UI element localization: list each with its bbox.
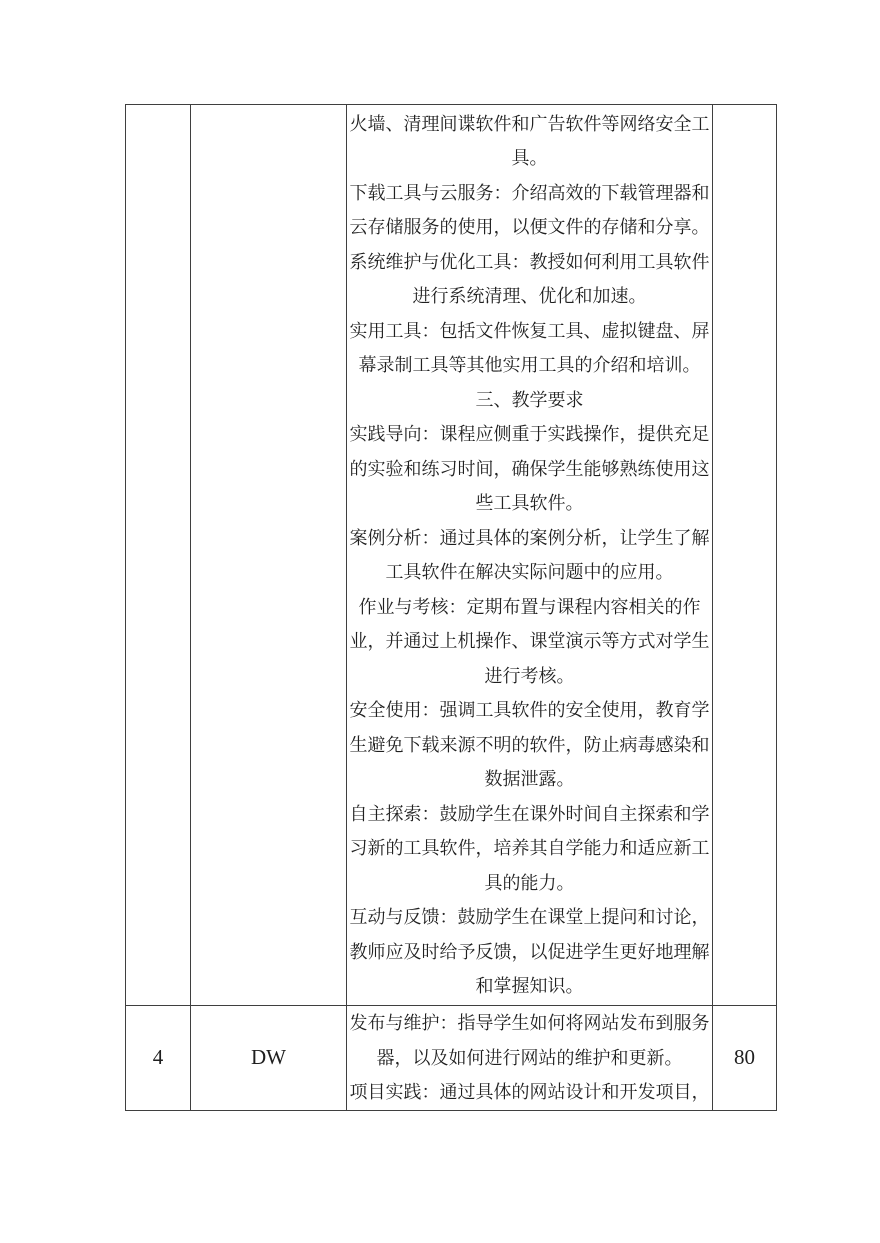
text-line: 器，以及如何进行网站的维护和更新。 (347, 1041, 712, 1076)
text-line: 具。 (347, 141, 712, 176)
text-line: 的实验和练习时间，确保学生能够熟练使用这 (347, 452, 712, 487)
document-page: 火墙、清理间谍软件和广告软件等网络安全工具。下载工具与云服务：介绍高效的下载管理… (0, 0, 880, 1243)
table-row-continuation: 火墙、清理间谍软件和广告软件等网络安全工具。下载工具与云服务：介绍高效的下载管理… (126, 105, 777, 1006)
text-line: 进行考核。 (347, 659, 712, 694)
text-line: 些工具软件。 (347, 486, 712, 521)
index-cell (126, 105, 191, 1006)
text-line: 幕录制工具等其他实用工具的介绍和培训。 (347, 348, 712, 383)
text-line: 教师应及时给予反馈，以促进学生更好地理解 (347, 935, 712, 970)
text-line: 工具软件在解决实际问题中的应用。 (347, 555, 712, 590)
text-line: 三、教学要求 (347, 383, 712, 418)
course-name-cell (191, 105, 347, 1006)
text-line: 作业与考核：定期布置与课程内容相关的作 (347, 590, 712, 625)
text-line: 和掌握知识。 (347, 969, 712, 1004)
table-row-course-4: 4 DW 发布与维护：指导学生如何将网站发布到服务器，以及如何进行网站的维护和更… (126, 1006, 777, 1111)
text-line: 安全使用：强调工具软件的安全使用，教育学 (347, 693, 712, 728)
course-name-cell: DW (191, 1006, 347, 1111)
text-line: 云存储服务的使用，以便文件的存储和分享。 (347, 210, 712, 245)
hours-cell: 80 (713, 1006, 777, 1111)
text-line: 发布与维护：指导学生如何将网站发布到服务 (347, 1006, 712, 1041)
text-line: 业，并通过上机操作、课堂演示等方式对学生 (347, 624, 712, 659)
text-line: 习新的工具软件，培养其自学能力和适应新工 (347, 831, 712, 866)
text-line: 进行系统清理、优化和加速。 (347, 279, 712, 314)
text-line: 案例分析：通过具体的案例分析，让学生了解 (347, 521, 712, 556)
course-description-cell: 发布与维护：指导学生如何将网站发布到服务器，以及如何进行网站的维护和更新。项目实… (347, 1006, 713, 1111)
text-line: 实践导向：课程应侧重于实践操作，提供充足 (347, 417, 712, 452)
course-description-cell: 火墙、清理间谍软件和广告软件等网络安全工具。下载工具与云服务：介绍高效的下载管理… (347, 105, 713, 1006)
text-line: 火墙、清理间谍软件和广告软件等网络安全工 (347, 107, 712, 142)
text-line: 项目实践：通过具体的网站设计和开发项目， (347, 1075, 712, 1110)
text-line: 下载工具与云服务：介绍高效的下载管理器和 (347, 176, 712, 211)
text-line: 自主探索：鼓励学生在课外时间自主探索和学 (347, 797, 712, 832)
course-table: 火墙、清理间谍软件和广告软件等网络安全工具。下载工具与云服务：介绍高效的下载管理… (125, 104, 777, 1111)
text-line: 数据泄露。 (347, 762, 712, 797)
text-line: 实用工具：包括文件恢复工具、虚拟键盘、屏 (347, 314, 712, 349)
text-line: 互动与反馈：鼓励学生在课堂上提问和讨论， (347, 900, 712, 935)
text-line: 具的能力。 (347, 866, 712, 901)
text-line: 系统维护与优化工具：教授如何利用工具软件 (347, 245, 712, 280)
hours-cell (713, 105, 777, 1006)
text-line: 生避免下载来源不明的软件，防止病毒感染和 (347, 728, 712, 763)
index-cell: 4 (126, 1006, 191, 1111)
